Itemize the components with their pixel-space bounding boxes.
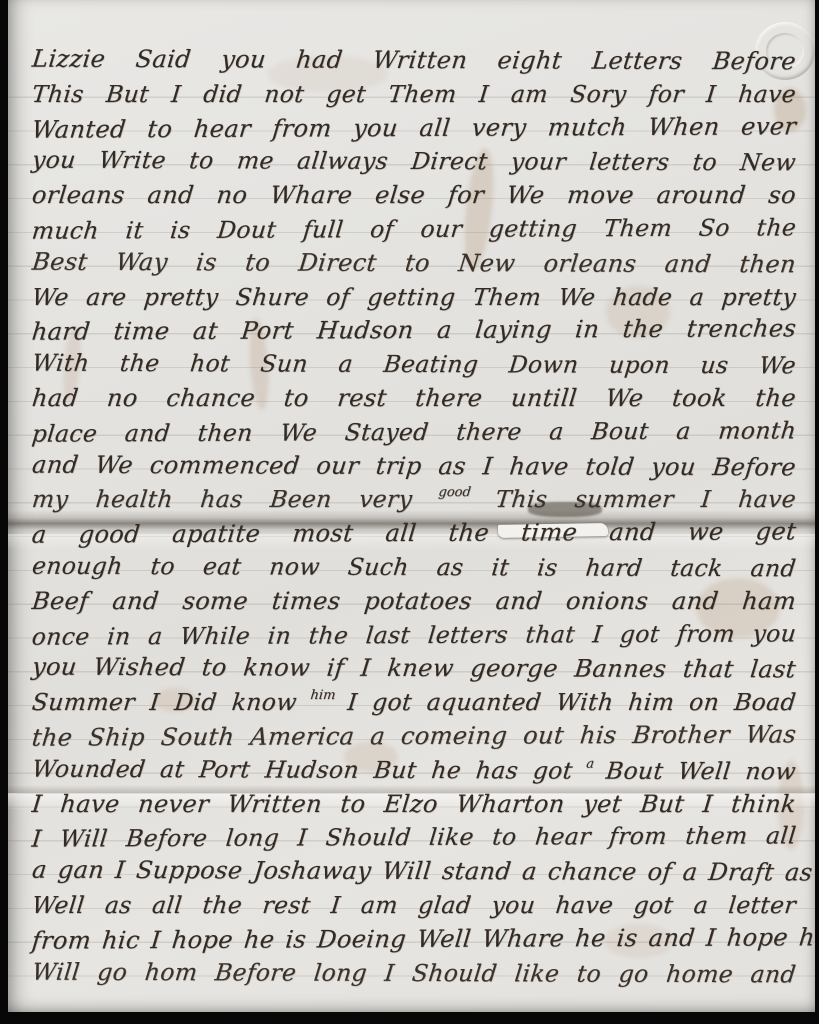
letter-line: Best Way is to Direct to New orleans and… xyxy=(30,245,797,281)
letter-line: you Wished to know if I knew george Bann… xyxy=(30,651,797,687)
letter-line-text: This summer I have xyxy=(467,485,798,513)
letter-line: Wanted to hear from you all very mutch W… xyxy=(30,110,798,147)
letter-line: had no chance to rest there untill We to… xyxy=(30,382,798,416)
scanned-letter-screenshot: { "document": { "kind": "handwritten let… xyxy=(0,0,819,1024)
letter-line: This But I did not get Them I am Sory fo… xyxy=(30,78,798,112)
letter-line: Lizzie Said you had Written eight Letter… xyxy=(30,43,797,79)
scan-edge-right xyxy=(815,0,819,1024)
letter-line: Beef and some times potatoes and onions … xyxy=(30,585,798,619)
letter-line: Will go hom Before long I Should like to… xyxy=(30,955,797,991)
letter-line: you Write to me allways Direct your lett… xyxy=(30,144,797,180)
letter-line: orleans and no Whare else for We move ar… xyxy=(30,179,798,213)
letter-line: enough to eat now Such as it is hard tac… xyxy=(30,550,797,586)
letter-line-text: Summer I Did know xyxy=(31,688,314,716)
letter-line: and We commenced our trip as I have told… xyxy=(30,448,797,484)
letter-line: We are pretty Shure of getting Them We h… xyxy=(30,281,798,315)
letter-line: Summer I Did know him I got aquanted Wit… xyxy=(30,686,798,720)
letter-paper-sheet: Lizzie Said you had Written eight Letter… xyxy=(8,0,815,1012)
scan-edge-bottom xyxy=(0,1012,819,1024)
letter-line-text: Wounded at Port Hudson But he has got xyxy=(31,754,589,784)
letter-line: my health has Been very good This summer… xyxy=(30,483,798,517)
letter-line: Wounded at Port Hudson But he has got a … xyxy=(30,752,797,788)
letter-line: Well as all the rest I am glad you have … xyxy=(30,889,798,923)
letter-line: With the hot Sun a Beating Down upon us … xyxy=(30,347,797,383)
inserted-word-above-line: him xyxy=(310,691,336,701)
letter-line-text: I got aquanted With him on Boad xyxy=(331,688,797,716)
letter-line: a good apatite most all the time and we … xyxy=(30,515,798,552)
inserted-word-above-line: a xyxy=(586,759,595,769)
letter-line-text: my health has Been very xyxy=(31,485,442,513)
letter-line: place and then We Stayed there a Bout a … xyxy=(30,414,798,451)
letter-line: a gan I Suppose Joshaway Will stand a ch… xyxy=(30,854,797,890)
letter-line: the Ship South America a comeing out his… xyxy=(30,718,798,755)
scan-edge-left xyxy=(0,0,8,1024)
letter-line: I have never Written to Elzo Wharton yet… xyxy=(30,788,798,822)
letter-line: much it is Dout full of our getting Them… xyxy=(30,211,798,248)
letter-line: hard time at Port Hudson a laying in the… xyxy=(30,313,798,350)
letter-line: I Will Before long I Should like to hear… xyxy=(30,820,798,857)
letter-line-text: Bout Well now xyxy=(590,756,798,785)
inserted-word-above-line: good xyxy=(438,488,471,498)
letter-line: once in a While in the last letters that… xyxy=(30,617,798,654)
letter-line: from hic I hope he is Doeing Well Whare … xyxy=(30,921,798,958)
letter-lines: Lizzie Said you had Written eight Letter… xyxy=(32,44,796,990)
